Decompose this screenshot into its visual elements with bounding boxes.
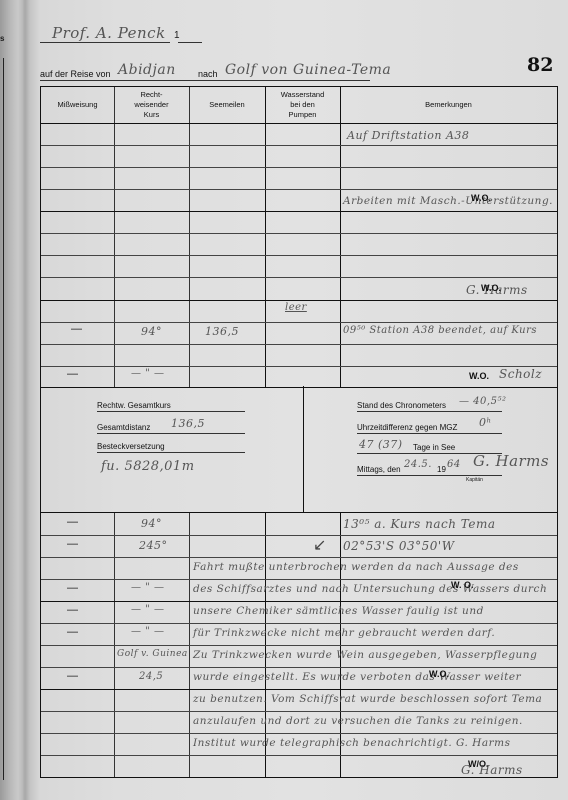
remark-line: anzulaufen und dort zu versuchen die Tan… — [193, 715, 523, 727]
voyage-from: Abidjan — [118, 62, 176, 78]
row-divider — [41, 167, 557, 168]
row-divider — [41, 623, 557, 624]
field-underline — [357, 411, 502, 412]
row-divider — [41, 645, 557, 646]
left-page-edge — [0, 58, 4, 780]
wo-stamp: W.O. — [481, 283, 501, 293]
chronometer-label: Stand des Chronometers — [357, 401, 446, 410]
besteckversetzung-value: fu. 5828,01m — [101, 459, 195, 474]
header-wasserstand: Wasserstand bei den Pumpen — [265, 87, 340, 123]
row-divider — [41, 277, 557, 278]
kapitaen-label: Kapitän — [466, 477, 483, 483]
row-divider — [41, 366, 557, 367]
owner-name: Prof. A. Penck — [52, 24, 166, 42]
kurs-cell: 94° — [141, 517, 162, 530]
remark-cell: 02°53'S 03°50'W — [343, 539, 455, 553]
kurs-cell: 245° — [139, 539, 168, 552]
missweisung-cell: — — [67, 604, 78, 616]
voyage-underline — [40, 80, 370, 81]
col-divider — [189, 87, 190, 387]
field-underline — [97, 411, 245, 412]
row-divider — [41, 344, 557, 345]
log-table-lower: — 94° 13⁰⁵ a. Kurs nach Tema — 245° ↙ 02… — [40, 512, 558, 778]
year-suffix: 64 — [447, 459, 461, 470]
missweisung-cell: — — [67, 626, 78, 638]
row-divider — [41, 322, 557, 323]
col-divider — [265, 87, 266, 387]
wo-stamp: W. O. — [451, 580, 474, 590]
owner-suffix: 1 — [174, 30, 180, 41]
remark-line: für Trinkzwecke nicht mehr gebraucht wer… — [193, 627, 495, 639]
remark-line: Fahrt mußte unterbrochen werden da nach … — [193, 561, 519, 573]
remark-line: zu benutzen. Vom Schiffsrat wurde beschl… — [193, 693, 542, 705]
uhrzeit-value: 0ʰ — [479, 416, 492, 429]
page-number: 82 — [527, 54, 553, 76]
seemeilen-cell: 136,5 — [205, 325, 239, 338]
remark-cell: Auf Driftstation A38 — [347, 129, 469, 142]
wasserstand-cell: leer — [285, 302, 307, 313]
row-divider — [41, 711, 557, 712]
mittags-date: 24.5. — [404, 459, 432, 470]
kurs-cell: Golf v. Guinea — [117, 649, 188, 659]
row-divider — [41, 755, 557, 756]
kurs-cell: — " — — [131, 604, 164, 615]
header-seemeilen: Seemeilen — [189, 87, 265, 123]
remark-cell: 13⁰⁵ a. Kurs nach Tema — [343, 517, 495, 531]
kurs-cell: 94° — [141, 325, 162, 338]
remark-line: Institut wurde telegraphisch benachricht… — [193, 737, 510, 749]
row-divider — [41, 233, 557, 234]
kurs-cell: — " — — [131, 368, 164, 379]
gesamtdistanz-label: Gesamtdistanz — [97, 423, 150, 432]
tage-value: 47 (37) — [359, 438, 403, 451]
row-divider — [41, 733, 557, 734]
header-missweisung: Mißweisung — [41, 87, 114, 123]
remark-line: des Schiffsarztes und nach Untersuchung … — [193, 583, 547, 595]
remark-cell: Arbeiten mit Masch.-Unterstützung. — [343, 195, 553, 207]
row-divider — [41, 211, 557, 212]
field-underline — [357, 475, 502, 476]
wo-stamp: W.O. — [429, 669, 449, 679]
remark-cell: 09⁵⁰ Station A38 beendet, auf Kurs — [343, 325, 537, 336]
kapitaen-signature: G. Harms — [473, 452, 549, 470]
missweisung-cell: — — [67, 670, 78, 682]
gesamtkurs-label: Rechtw. Gesamtkurs — [97, 401, 171, 410]
missweisung-cell: — — [71, 323, 82, 335]
field-underline — [357, 433, 502, 434]
wo-stamp: W.O. — [471, 193, 491, 203]
besteckversetzung-label: Besteckversetzung — [97, 442, 165, 451]
remark-line: wurde eingestellt. Es wurde verboten das… — [193, 671, 521, 683]
row-divider — [41, 255, 557, 256]
header-divider — [41, 123, 557, 124]
voyage-to-label: nach — [198, 69, 218, 79]
kurs-cell: — " — — [131, 582, 164, 593]
col-divider — [114, 87, 115, 387]
logbook-page: s Prof. A. Penck 1 auf der Reise von Abi… — [0, 0, 568, 800]
row-divider — [41, 601, 557, 602]
header-bemerkungen: Bemerkungen — [340, 87, 557, 123]
uhrzeit-label: Uhrzeitdifferenz gegen MGZ — [357, 423, 457, 432]
arrow-icon: ↙ — [313, 535, 326, 555]
left-page-fragment: s — [0, 34, 4, 43]
row-divider — [41, 667, 557, 668]
missweisung-cell: — — [67, 516, 78, 528]
tage-label: Tage in See — [413, 443, 455, 452]
row-divider — [41, 557, 557, 558]
row-divider — [41, 579, 557, 580]
signature: G. Harms — [461, 763, 523, 777]
chronometer-value: — 40,5⁵² — [459, 396, 506, 407]
owner-underline — [40, 42, 170, 43]
kurs-cell: — " — — [131, 626, 164, 637]
voyage-to: Golf von Guinea-Tema — [225, 62, 391, 78]
row-divider — [41, 189, 557, 190]
log-table-upper: Mißweisung Recht- weisender Kurs Seemeil… — [40, 86, 558, 388]
summary-block: Rechtw. Gesamtkurs Gesamtdistanz 136,5 B… — [40, 386, 558, 513]
header-kurs: Recht- weisender Kurs — [114, 87, 189, 123]
row-divider — [41, 689, 557, 690]
voyage-from-label: auf der Reise von — [40, 69, 111, 79]
summary-divider — [303, 386, 304, 512]
missweisung-cell: — — [67, 582, 78, 594]
row-divider — [41, 145, 557, 146]
kurs-cell: 24,5 — [139, 671, 163, 682]
signature: Scholz — [499, 367, 542, 381]
gesamtdistanz-value: 136,5 — [171, 417, 205, 430]
mittags-label: Mittags, den — [357, 465, 401, 474]
row-divider — [41, 535, 557, 536]
missweisung-cell: — — [67, 368, 78, 380]
field-underline — [97, 433, 245, 434]
year-prefix: 19 — [437, 465, 446, 474]
owner-suffix-underline — [178, 42, 202, 43]
remark-line: unsere Chemiker sämtliches Wasser faulig… — [193, 605, 484, 617]
col-divider — [340, 87, 341, 387]
row-divider — [41, 300, 557, 301]
missweisung-cell: — — [67, 538, 78, 550]
field-underline — [97, 452, 245, 453]
wo-stamp: W.O. — [469, 371, 489, 381]
remark-line: Zu Trinkzwecken wurde Wein ausgegeben, W… — [193, 649, 537, 661]
